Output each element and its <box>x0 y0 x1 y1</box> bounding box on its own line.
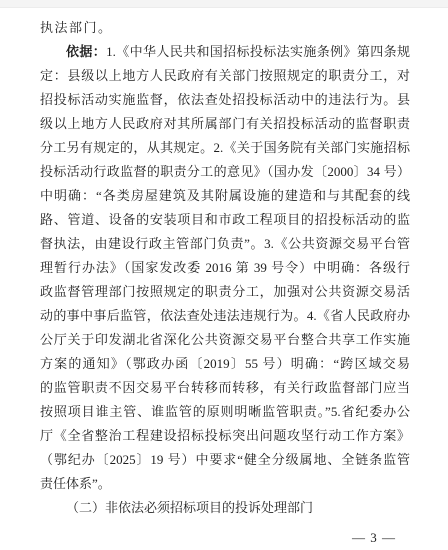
text-line: 投标活动行政监督的职责分工的意见》（国办发〔2000〕34 号） <box>40 160 410 184</box>
text-line: 中明确：“各类房屋建筑及其附属设施的建造和与其配套的线 <box>40 184 410 208</box>
text-line: 的监管职责不因交易平台转移而转移，有关行政监督部门应当 <box>40 376 410 400</box>
text-line: 依据：1.《中华人民共和国招标投标法实施条例》第四条规 <box>40 40 410 64</box>
text-line: 公厅关于印发湖北省深化公共资源交易平台整合共享工作实施 <box>40 328 410 352</box>
page-top-edge <box>0 0 448 8</box>
text-line: 招投标活动实施监督，依法查处招投标活动中的违法行为。县 <box>40 88 410 112</box>
text-line: 督执法，由建设行政主管部门负责”。3.《公共资源交易平台管 <box>40 232 410 256</box>
document-body: 执法部门。 依据：1.《中华人民共和国招标投标法实施条例》第四条规 定：县级以上… <box>0 8 448 520</box>
section-heading: （二）非依法必须招标项目的投诉处理部门 <box>40 496 410 520</box>
text-line: 路、管道、设备的安装项目和市政工程项目的招投标活动的监 <box>40 208 410 232</box>
text-line: 动的事中事后监管，依法查处违法违规行为。4.《省人民政府办 <box>40 304 410 328</box>
text-line: 级以上地方人民政府对其所属部门有关招投标活动的监督职责 <box>40 112 410 136</box>
document-page: 执法部门。 依据：1.《中华人民共和国招标投标法实施条例》第四条规 定：县级以上… <box>0 0 448 550</box>
text-line: 政监督管理部门按照规定的职责分工，加强对公共资源交易活 <box>40 280 410 304</box>
text-line: 分工另有规定的，从其规定。2.《关于国务院有关部门实施招标 <box>40 136 410 160</box>
text-line: 按照项目谁主管、谁监管的原则明晰监管职责。”5.省纪委办公 <box>40 400 410 424</box>
text-line: （鄂纪办〔2025〕19 号）中要求“健全分级属地、全链条监管 <box>40 448 410 472</box>
basis-label: 依据： <box>66 44 106 59</box>
text-segment: 1.《中华人民共和国招标投标法实施条例》第四条规 <box>106 44 410 59</box>
text-line: 执法部门。 <box>40 16 410 40</box>
text-line: 厅《全省整治工程建设招标投标突出问题攻坚行动工作方案》 <box>40 424 410 448</box>
text-line: 方案的通知》（鄂政办函〔2019〕55 号）明确：“跨区域交易 <box>40 352 410 376</box>
page-number: — 3 — <box>352 530 396 546</box>
text-line: 理暂行办法》（国家发改委 2016 第 39 号令）中明确：各级行 <box>40 256 410 280</box>
text-line: 责任体系”。 <box>40 472 410 496</box>
text-line: 定：县级以上地方人民政府有关部门按照规定的职责分工，对 <box>40 64 410 88</box>
